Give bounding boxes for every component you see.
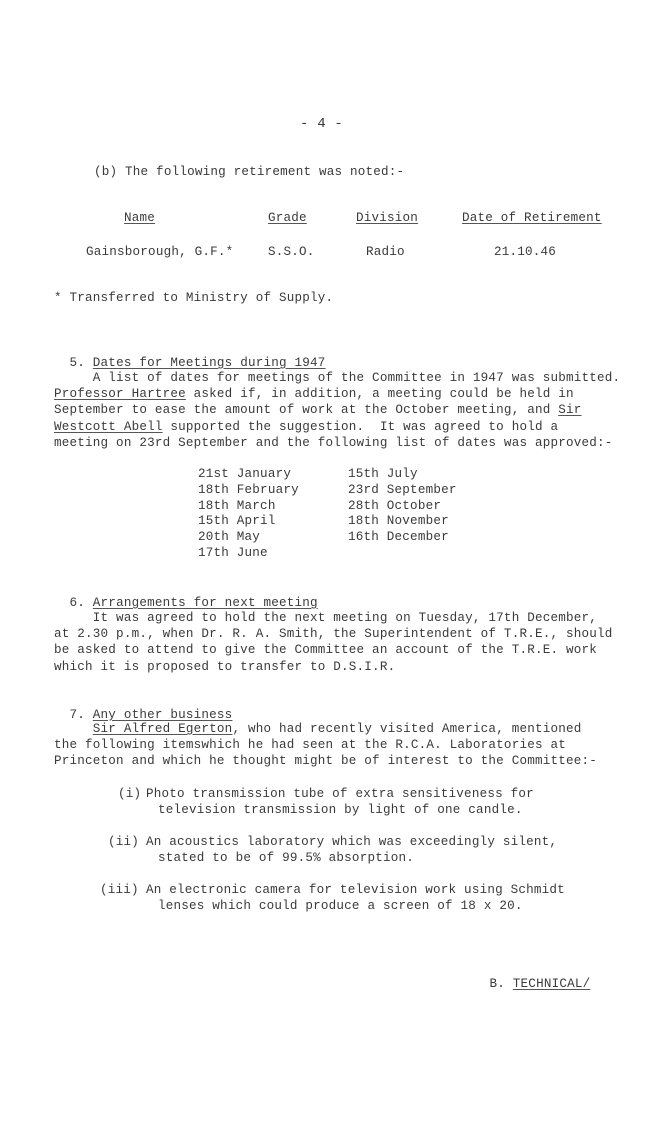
item-text: lenses which could produce a screen of 1… (158, 898, 523, 914)
section5-heading: 5. Dates for Meetings during 1947 (54, 339, 326, 371)
section5-body: A list of dates for meetings of the Comm… (54, 370, 620, 451)
meeting-date: 28th October (348, 499, 457, 515)
meeting-date: 16th December (348, 530, 457, 546)
item-label: (iii) (100, 882, 139, 898)
text-line: Professor Hartree asked if, in addition,… (54, 386, 620, 402)
item-text: An acoustics laboratory which was exceed… (146, 834, 557, 850)
col-header-division: Division (356, 210, 418, 226)
item-text: television transmission by light of one … (158, 802, 523, 818)
underlined-name: Sir Alfred Egerton (93, 722, 233, 736)
text-line: meeting on 23rd September and the follow… (54, 435, 620, 451)
meeting-date: 15th April (198, 514, 299, 530)
underlined-name: Westcott Abell (54, 420, 163, 434)
section7-body: Sir Alfred Egerton, who had recently vis… (54, 721, 597, 770)
text-line: September to ease the amount of work at … (54, 402, 620, 418)
text-line: be asked to attend to give the Committee… (54, 642, 613, 658)
meeting-date: 18th February (198, 483, 299, 499)
footnote: * Transferred to Ministry of Supply. (54, 290, 333, 306)
col-header-name: Name (124, 210, 155, 226)
retirement-intro: (b) The following retirement was noted:- (94, 164, 404, 180)
text-line: which it is proposed to transfer to D.S.… (54, 659, 613, 675)
text-line: A list of dates for meetings of the Comm… (54, 370, 620, 386)
section7-number: 7. (70, 708, 86, 722)
item-label: (ii) (108, 834, 139, 850)
underlined-name: Sir (558, 403, 581, 417)
text-line: the following itemswhich he had seen at … (54, 737, 597, 753)
meeting-date: 23rd September (348, 483, 457, 499)
meeting-date: 17th June (198, 546, 299, 562)
text-line: Sir Alfred Egerton, who had recently vis… (54, 721, 597, 737)
catchword-prefix: B. (490, 977, 513, 991)
section7-title: Any other business (93, 708, 233, 722)
section6-title: Arrangements for next meeting (93, 596, 318, 610)
section7-heading: 7. Any other business (54, 691, 232, 723)
section6-heading: 6. Arrangements for next meeting (54, 579, 318, 611)
meeting-date: 18th November (348, 514, 457, 530)
meeting-date: 21st January (198, 467, 299, 483)
text-line: It was agreed to hold the next meeting o… (54, 610, 613, 626)
cell-name: Gainsborough, G.F.* (86, 244, 233, 260)
text-line: Princeton and which he thought might be … (54, 753, 597, 769)
cell-grade: S.S.O. (268, 244, 315, 260)
text-line: Westcott Abell supported the suggestion.… (54, 419, 620, 435)
section6-number: 6. (70, 596, 86, 610)
dates-list-left: 21st January18th February18th March15th … (198, 467, 299, 562)
cell-division: Radio (366, 244, 405, 260)
catchword: B. TECHNICAL/ (474, 960, 590, 992)
meeting-date: 20th May (198, 530, 299, 546)
cell-date: 21.10.46 (494, 244, 556, 260)
item-text: An electronic camera for television work… (146, 882, 565, 898)
text-line: at 2.30 p.m., when Dr. R. A. Smith, the … (54, 626, 613, 642)
col-header-grade: Grade (268, 210, 307, 226)
item-text: Photo transmission tube of extra sensiti… (146, 786, 534, 802)
item-text: stated to be of 99.5% absorption. (158, 850, 414, 866)
meeting-date: 15th July (348, 467, 457, 483)
item-label: (i) (118, 786, 141, 802)
dates-list-right: 15th July23rd September28th October18th … (348, 467, 457, 546)
catchword-text: TECHNICAL/ (513, 977, 591, 991)
section5-title: Dates for Meetings during 1947 (93, 356, 326, 370)
section5-number: 5. (70, 356, 86, 370)
section6-body: It was agreed to hold the next meeting o… (54, 610, 613, 675)
page-number: - 4 - (300, 116, 343, 132)
underlined-name: Professor Hartree (54, 387, 186, 401)
col-header-date: Date of Retirement (462, 210, 602, 226)
meeting-date: 18th March (198, 499, 299, 515)
